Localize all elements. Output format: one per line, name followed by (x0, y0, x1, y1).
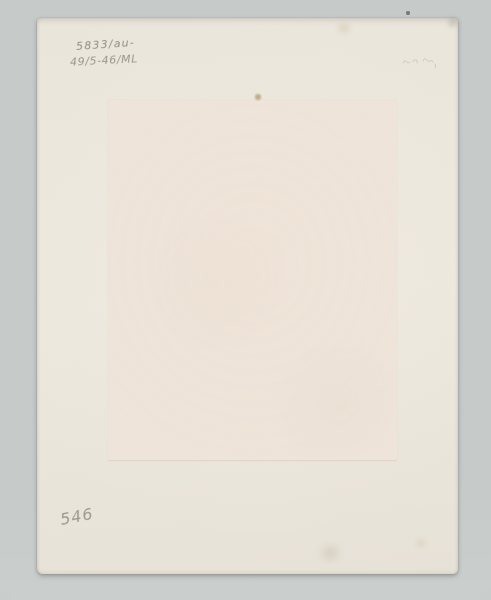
corner-wear (444, 16, 462, 28)
inscription-accession-line2: 49/5-46/ML (70, 52, 139, 69)
smudge (315, 544, 345, 562)
platemark-showthrough (108, 100, 397, 461)
stain (333, 22, 355, 34)
inscription-accession-line1: 5833/au- (76, 36, 136, 53)
dust-speck (406, 11, 410, 15)
stain (413, 538, 429, 548)
inscription-number: 546 (58, 504, 95, 529)
photo-background: 5833/au- 49/5-46/ML 546 (0, 0, 491, 600)
faint-inscription (401, 54, 443, 70)
artwork-sheet-verso: 5833/au- 49/5-46/ML 546 (37, 18, 458, 574)
